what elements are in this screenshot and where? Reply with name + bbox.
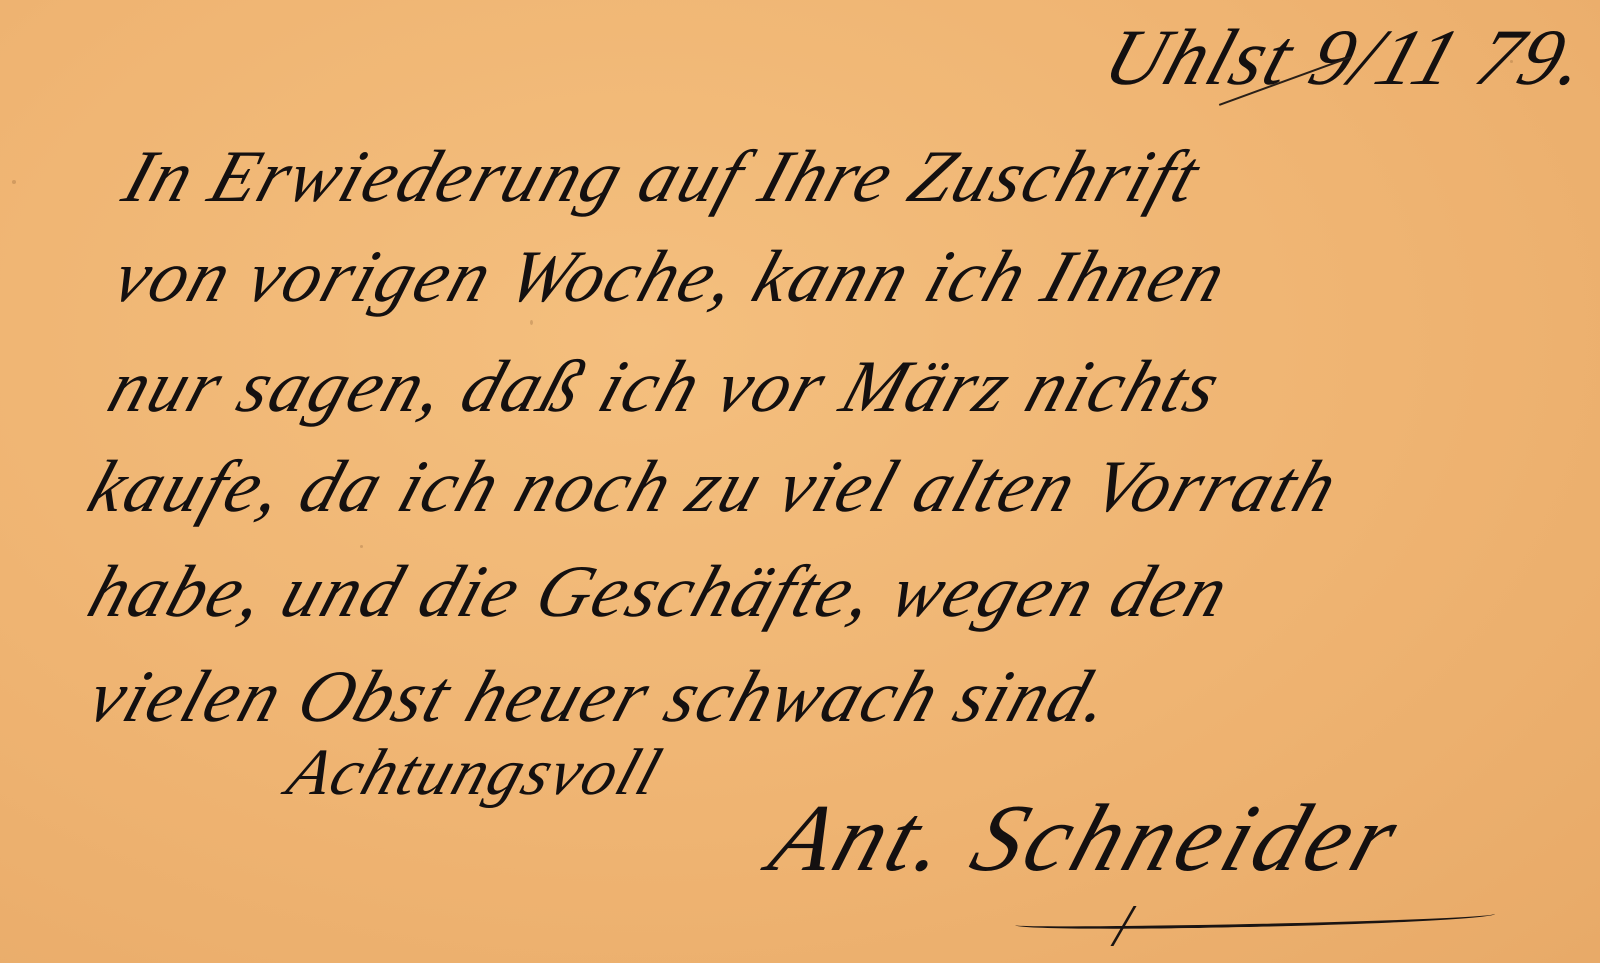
body-line-1: In Erwiederung auf Ihre Zuschrift: [115, 140, 1209, 214]
body-line-4: kaufe, da ich noch zu viel alten Vorrath: [80, 450, 1347, 524]
postcard: Uhlst 9/11 79. In Erwiederung auf Ihre Z…: [0, 0, 1600, 963]
paper-speck: [530, 320, 533, 325]
paper-speck: [12, 180, 16, 184]
paper-speck: [360, 545, 363, 548]
body-line-5: habe, und die Geschäfte, wegen den: [80, 555, 1239, 629]
body-line-3: nur sagen, daß ich vor März nichts: [100, 350, 1230, 424]
body-line-6: vielen Obst heuer schwach sind.: [80, 660, 1122, 734]
signature-flourish: [1015, 908, 1495, 931]
body-line-2: von vorigen Woche, kann ich Ihnen: [105, 240, 1236, 314]
closing-salutation: Achtungsvoll: [280, 740, 670, 806]
signature: Ant. Schneider: [760, 790, 1412, 886]
